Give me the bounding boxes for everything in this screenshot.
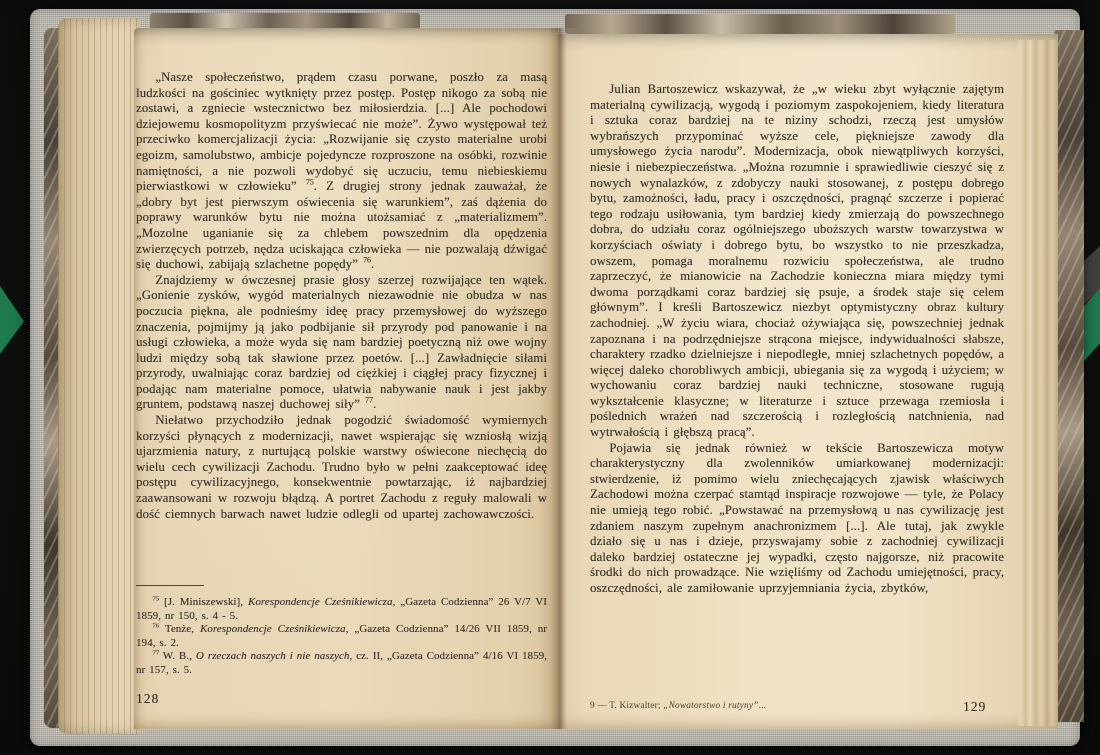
footnote-separator bbox=[136, 585, 204, 586]
right-page-text: Julian Bartoszewicz wskazywał, że „w wie… bbox=[590, 82, 1004, 597]
cover-marbled-edge-right bbox=[1054, 30, 1084, 722]
paragraph: Julian Bartoszewicz wskazywał, że „w wie… bbox=[590, 82, 1004, 441]
paragraph: Pojawia się jednak również w tekście Bar… bbox=[590, 441, 1004, 597]
page-stack-edge-left bbox=[58, 18, 140, 734]
paragraph: Znajdziemy w ówczesnej prasie głosy szer… bbox=[136, 273, 547, 413]
paragraph: 76 Tenże, Korespondencje Cześnikiewicza,… bbox=[136, 623, 547, 650]
left-page-text: „Nasze społeczeństwo, prądem czasu porwa… bbox=[136, 70, 547, 522]
footnotes: 75 [J. Miniszewski], Korespondencje Cześ… bbox=[136, 596, 547, 678]
book-photo: „Nasze społeczeństwo, prądem czasu porwa… bbox=[0, 0, 1100, 755]
print-signature: 9 — T. Kizwalter; „Nowatorstwo i rutyny”… bbox=[590, 701, 766, 711]
paragraph: „Nasze społeczeństwo, prądem czasu porwa… bbox=[136, 70, 547, 273]
paragraph: 75 [J. Miniszewski], Korespondencje Cześ… bbox=[136, 596, 547, 623]
paragraph: Niełatwo przychodziło jednak pogodzić św… bbox=[136, 413, 547, 522]
cover-marbled-top-right bbox=[565, 14, 955, 34]
right-page-edge-ridges bbox=[1016, 40, 1058, 726]
paragraph: 77 W. B., O rzeczach naszych i nie naszy… bbox=[136, 650, 547, 677]
page-number-right: 129 bbox=[963, 699, 986, 715]
green-accent-left bbox=[0, 286, 24, 354]
page-number-left: 128 bbox=[136, 691, 159, 707]
